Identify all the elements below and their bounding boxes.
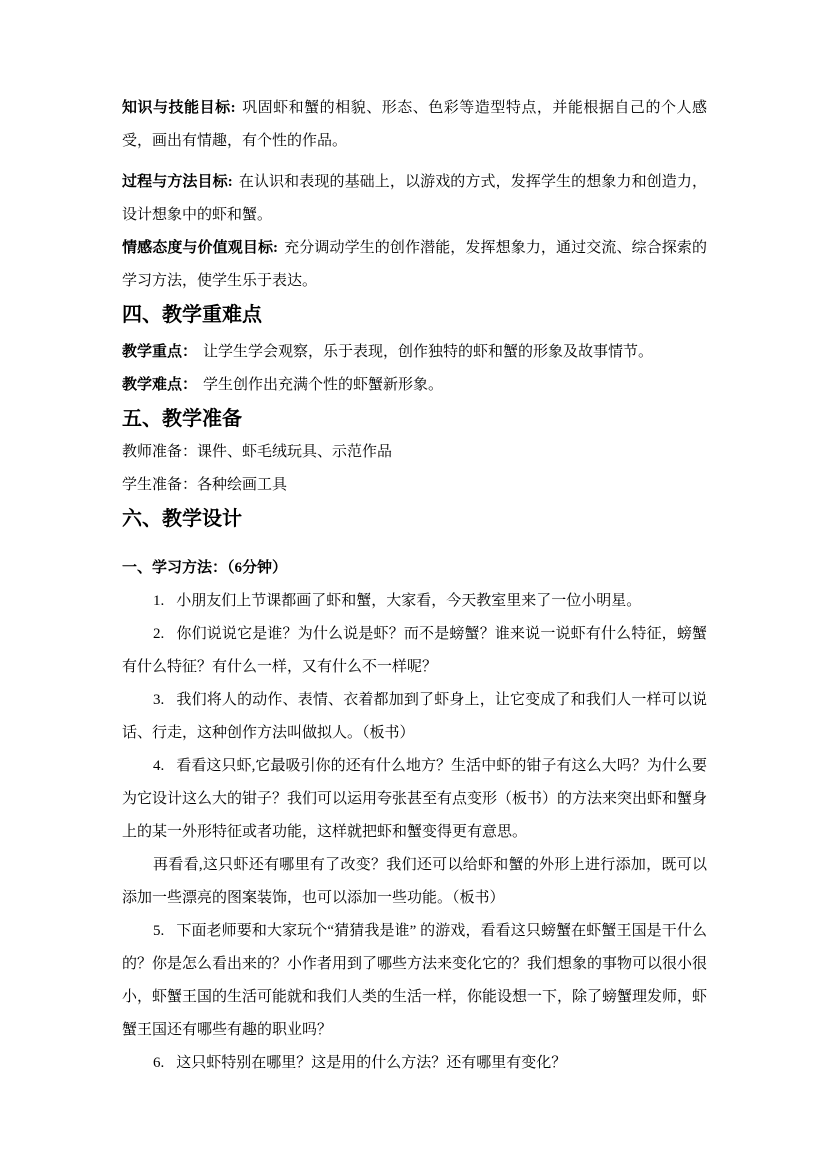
teaching-difficulty-label: 教学难点： <box>122 377 197 393</box>
step-4-number: 4. <box>153 758 164 774</box>
objective-knowledge-skills-label: 知识与技能目标: <box>122 100 236 116</box>
teaching-difficulty: 教学难点：学生创作出充满个性的虾蟹新形象。 <box>122 369 707 402</box>
teaching-difficulty-text: 学生创作出充满个性的虾蟹新形象。 <box>203 377 443 393</box>
teacher-preparation: 教师准备：课件、虾毛绒玩具、示范作品 <box>122 436 707 469</box>
step-1-number: 1. <box>153 593 164 609</box>
lesson-step-2: 2.你们说说它是谁？为什么说是虾？而不是螃蟹？谁来说一说虾有什么特征，螃蟹有什么… <box>122 618 707 684</box>
objective-knowledge-skills: 知识与技能目标:巩固虾和蟹的相貌、形态、色彩等造型特点，并能根据自己的个人感受，… <box>122 92 707 158</box>
step-4-text: 看看这只虾,它最吸引你的还有什么地方？生活中虾的钳子有这么大吗？为什么要为它设计… <box>122 758 707 840</box>
section-heading-key-points: 四、教学重难点 <box>122 298 707 332</box>
document-page: 知识与技能目标:巩固虾和蟹的相貌、形态、色彩等造型特点，并能根据自己的个人感受，… <box>0 0 827 1170</box>
lesson-step-5: 5.下面老师要和大家玩个“猜猜我是谁” 的游戏，看看这只螃蟹在虾蟹王国是干什么的… <box>122 915 707 1047</box>
step-2-text: 你们说说它是谁？为什么说是虾？而不是螃蟹？谁来说一说虾有什么特征，螃蟹有什么特征… <box>122 626 707 675</box>
lesson-step-4: 4.看看这只虾,它最吸引你的还有什么地方？生活中虾的钳子有这么大吗？为什么要为它… <box>122 750 707 849</box>
step-6-text: 这只虾特别在哪里？这是用的什么方法？还有哪里有变化？ <box>176 1055 566 1071</box>
objective-emotion-values-label: 情感态度与价值观目标: <box>122 240 278 256</box>
teaching-focus: 教学重点：让学生学会观察，乐于表现，创作独特的虾和蟹的形象及故事情节。 <box>122 336 707 369</box>
step-1-text: 小朋友们上节课都画了虾和蟹，大家看，今天教室里来了一位小明星。 <box>176 593 641 609</box>
student-preparation: 学生准备：各种绘画工具 <box>122 469 707 502</box>
step-3-text: 我们将人的动作、表情、衣着都加到了虾身上，让它变成了和我们人一样可以说话、行走，… <box>122 692 707 741</box>
section-heading-design: 六、教学设计 <box>122 502 707 536</box>
teaching-focus-text: 让学生学会观察，乐于表现，创作独特的虾和蟹的形象及故事情节。 <box>203 344 653 360</box>
step-5-number: 5. <box>153 923 164 939</box>
step-6-number: 6. <box>153 1055 164 1071</box>
step-unnumbered-text: 再看看,这只虾还有哪里有了改变？我们还可以给虾和蟹的外形上进行添加，既可以添加一… <box>122 857 707 906</box>
section-heading-preparation: 五、教学准备 <box>122 402 707 436</box>
objective-process-method: 过程与方法目标:在认识和表现的基础上，以游戏的方式，发挥学生的想象力和创造力，设… <box>122 166 707 232</box>
lesson-step-6: 6.这只虾特别在哪里？这是用的什么方法？还有哪里有变化？ <box>122 1047 707 1080</box>
lesson-step-unnumbered: 再看看,这只虾还有哪里有了改变？我们还可以给虾和蟹的外形上进行添加，既可以添加一… <box>122 849 707 915</box>
design-subheading-learning-method: 一、学习方法：（6分钟） <box>122 552 707 585</box>
lesson-step-1: 1.小朋友们上节课都画了虾和蟹，大家看，今天教室里来了一位小明星。 <box>122 585 707 618</box>
step-3-number: 3. <box>153 692 164 708</box>
objective-process-method-label: 过程与方法目标: <box>122 174 233 190</box>
teaching-focus-label: 教学重点： <box>122 344 197 360</box>
step-2-number: 2. <box>153 626 164 642</box>
lesson-step-3: 3.我们将人的动作、表情、衣着都加到了虾身上，让它变成了和我们人一样可以说话、行… <box>122 684 707 750</box>
objective-emotion-values: 情感态度与价值观目标:充分调动学生的创作潜能，发挥想象力，通过交流、综合探索的学… <box>122 232 707 298</box>
step-5-text: 下面老师要和大家玩个“猜猜我是谁” 的游戏，看看这只螃蟹在虾蟹王国是干什么的？你… <box>122 923 707 1038</box>
